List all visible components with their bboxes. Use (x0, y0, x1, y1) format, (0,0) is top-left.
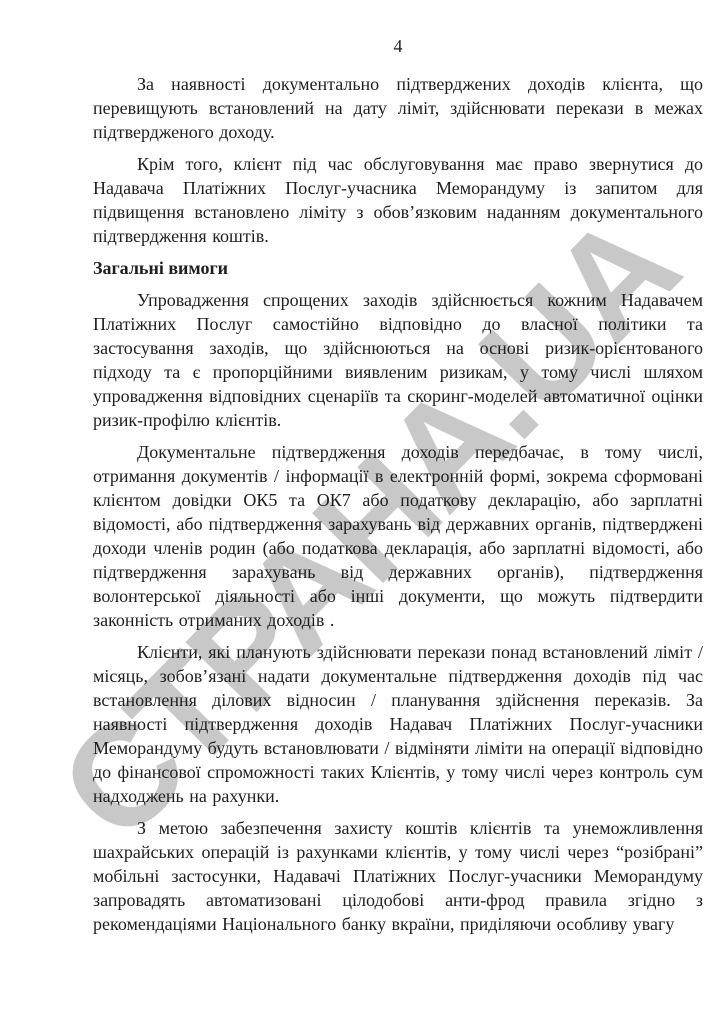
document-page: СТРАНА.UA 4 За наявності документально п… (0, 0, 724, 1024)
paragraph-documentary-income-confirmation: Документальне підтвердження доходів пере… (93, 440, 703, 632)
paragraph-simplified-measures: Упровадження спрощених заходів здійснюєт… (93, 288, 703, 432)
paragraph-client-limit-increase-request: Крім того, клієнт під час обслуговування… (93, 152, 703, 248)
section-heading-general-requirements: Загальні вимоги (93, 256, 703, 280)
paragraph-anti-fraud-rules: З метою забезпечення захисту коштів кліє… (93, 816, 703, 936)
paragraph-income-confirmed-limits: За наявності документально підтверджених… (93, 72, 703, 144)
paragraph-clients-above-limit: Клієнти, які планують здійснювати перека… (93, 640, 703, 808)
page-number: 4 (93, 36, 703, 56)
page-content: 4 За наявності документально підтверджен… (93, 36, 703, 944)
